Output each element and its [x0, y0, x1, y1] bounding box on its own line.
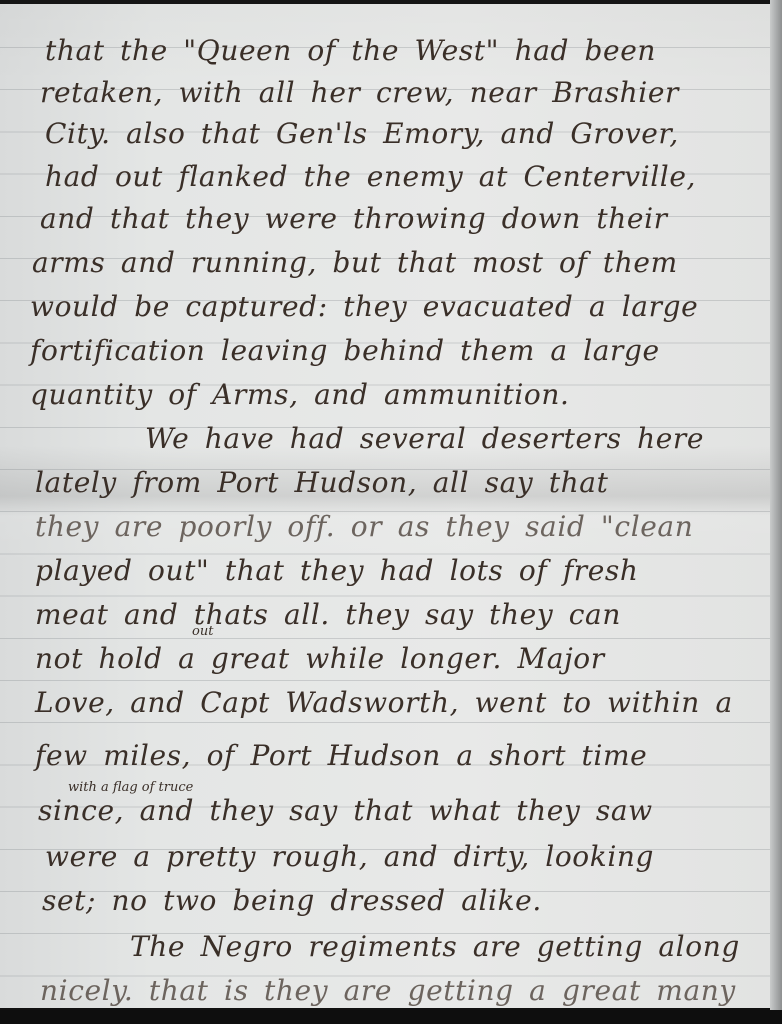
letter-line: lately from Port Hudson, all say that — [35, 466, 608, 499]
letter-line: they are poorly off. or as they said "cl… — [35, 510, 693, 543]
letter-line: meat and thats all. they say they can — [35, 598, 621, 631]
letter-line: nicely. that is they are getting a great… — [40, 974, 736, 1007]
letter-line: Love, and Capt Wadsworth, went to within… — [35, 686, 733, 719]
letter-line: were a pretty rough, and dirty, looking — [45, 840, 654, 873]
scan-right-edge — [770, 0, 782, 1024]
letter-line: that the "Queen of the West" had been — [45, 34, 656, 67]
letter-line: and that they were throwing down their — [40, 202, 668, 235]
letter-line: quantity of Arms, and ammunition. — [30, 378, 569, 411]
letter-page: that the "Queen of the West" had been re… — [0, 4, 770, 1008]
letter-line: City. also that Gen'ls Emory, and Grover… — [45, 117, 679, 150]
letter-line: had out flanked the enemy at Centerville… — [45, 160, 696, 193]
letter-line: since, and they say that what they saw — [38, 794, 653, 827]
letter-line: The Negro regiments are getting along — [130, 930, 740, 963]
letter-line: set; no two being dressed alike. — [42, 884, 542, 917]
letter-line: not hold a great while longer. Major — [35, 642, 605, 675]
letter-line: would be captured: they evacuated a larg… — [30, 290, 698, 323]
letter-line: We have had several deserters here — [145, 422, 704, 455]
letter-line: few miles, of Port Hudson a short time — [35, 739, 647, 772]
insertion-flag-of-truce: with a flag of truce — [68, 780, 193, 795]
letter-line: played out" that they had lots of fresh — [35, 554, 639, 587]
scan-bottom-edge — [0, 1010, 782, 1024]
insertion-out: out — [192, 624, 213, 639]
letter-line: fortification leaving behind them a larg… — [30, 334, 660, 367]
letter-line: arms and running, but that most of them — [32, 246, 678, 279]
letter-line: retaken, with all her crew, near Brashie… — [40, 76, 679, 109]
